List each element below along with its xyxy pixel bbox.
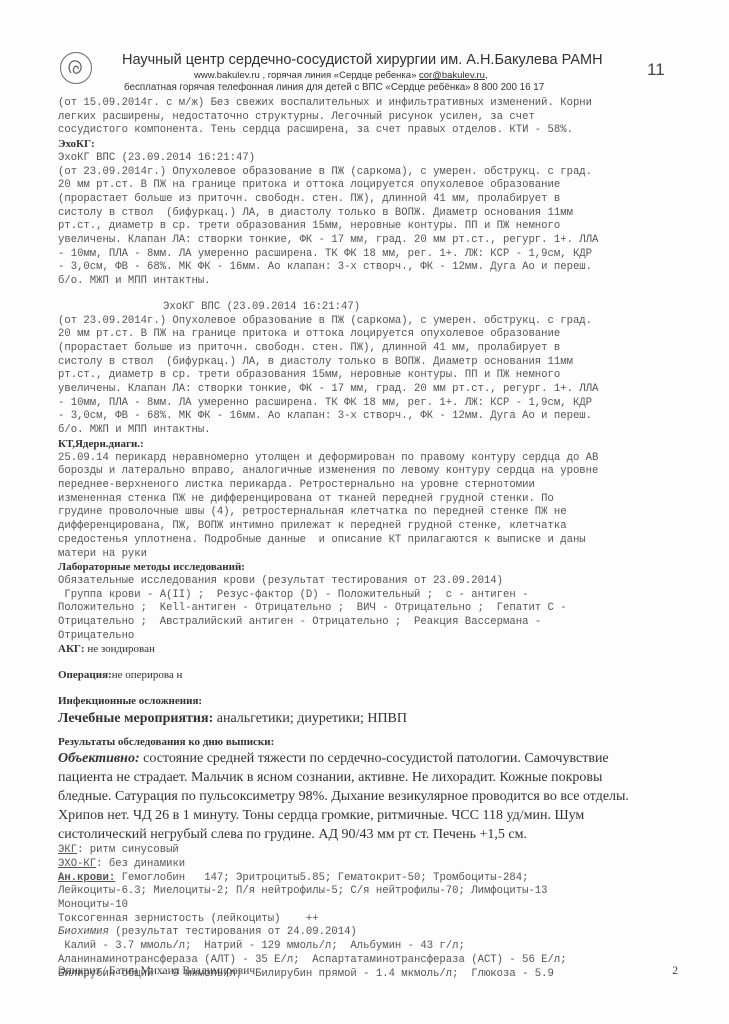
blood-line: Ан.крови: Гемоглобин 147; Эритроциты5.85… (58, 872, 708, 886)
letterhead: Научный центр сердечно-сосудистой хирург… (56, 48, 676, 98)
objective-text: состояние средней тяжести по сердечно-со… (140, 751, 609, 766)
text-line: переднее-верхненого листка перикарда. Ре… (58, 479, 708, 493)
text-line: Обязательные исследования крови (результ… (58, 575, 708, 589)
contact-line: www.bakulev.ru , горячая линия «Сердце р… (194, 70, 488, 81)
text-line: - 3,0см, ФВ - 68%. МК ФК - 16мм. Ао клап… (58, 410, 708, 424)
text-line: систолу в ствол (бифуркац.) ЛА, в диасто… (58, 356, 708, 370)
website-hotline-text: www.bakulev.ru , горячая линия «Сердце р… (194, 70, 419, 81)
treatment-label: Лечебные мероприятия: (58, 711, 213, 726)
text-line: Объективно: состояние средней тяжести по… (58, 749, 708, 768)
entry-title: ЭхоКГ ВПС (23.09.2014 16:21:47) (58, 301, 708, 315)
text-line: Положительно ; Kell-антиген - Отрицатель… (58, 602, 708, 616)
ekg-value: : ритм синусовый (77, 844, 179, 856)
lab-section: Лабораторные методы исследований: Обязат… (58, 561, 708, 643)
text-line: Моноциты-10 (58, 899, 708, 913)
text-line: рт.ст., диаметр в ср. трети образования … (58, 369, 708, 383)
text-line: средостенья уплотнена. Подробные данные … (58, 534, 708, 548)
text-line: - 10мм, ПЛА - 8мм. ЛА умеренно расширена… (58, 397, 708, 411)
text-line: Группа крови - A(II) ; Резус-фактор (D) … (58, 589, 708, 603)
treatment-value: анальгетики; диуретики; НПВП (213, 711, 407, 726)
text-line: - 10мм, ПЛА - 8мм. ЛА умеренно расширена… (58, 248, 708, 262)
text-line: увеличены. Клапан ЛА: створки тонкие, ФК… (58, 234, 708, 248)
document-page: Научный центр сердечно-сосудистой хирург… (0, 0, 729, 1024)
text-line: (прорастает больше из приточн. свободн. … (58, 193, 708, 207)
section-heading: ЭхоКГ: (58, 138, 708, 152)
text-line: 20 мм рт.ст. В ПЖ на границе притока и о… (58, 328, 708, 342)
text-line: Токсогенная зернистость (лейкоциты) ++ (58, 913, 708, 927)
section-heading: Результаты обследования ко дню выписки: (58, 736, 708, 750)
text-line: дифференцирована, ПЖ, ВОПЖ интимно приле… (58, 520, 708, 534)
heart-in-hand-emblem-icon (60, 52, 92, 84)
operation-label: Операция: (58, 669, 112, 681)
echo-line: ЭХО-КГ: без динамики (58, 858, 708, 872)
page-number: 2 (672, 965, 678, 977)
akg-line: АКГ: не зондирован (58, 643, 708, 657)
institution-title: Научный центр сердечно-сосудистой хирург… (122, 52, 603, 68)
contact-line-suffix: , (485, 70, 488, 81)
text-line: б/о. МЖП и МПП интактны. (58, 424, 708, 438)
treatment-line: Лечебные мероприятия: анальгетики; диуре… (58, 709, 708, 728)
text-line: 20 мм рт.ст. В ПЖ на границе притока и о… (58, 179, 708, 193)
blood-label: Ан.крови: (58, 872, 115, 884)
infections-heading: Инфекционные осложнения: (58, 695, 708, 709)
text-line: борозды и латерально вправо, аналогичные… (58, 465, 708, 479)
ekg-label: ЭКГ (58, 844, 77, 856)
discharge-section: Результаты обследования ко дню выписки: … (58, 736, 708, 982)
text-line: измененная стенка ПЖ не дифференцирована… (58, 493, 708, 507)
entry-title: ЭхоКГ ВПС (23.09.2014 16:21:47) (58, 152, 708, 166)
biochem-title: Биохимия (58, 926, 109, 938)
operation-line: Операция:не оперирова н (58, 669, 708, 683)
operation-value: не оперирова н (112, 669, 183, 681)
footer-text: Эпикриз / Батин Михаил Владимирович (58, 965, 255, 977)
text-line: бледные. Сатурация по пульсоксиметру 98%… (58, 787, 708, 806)
handwritten-page-number: 11 (647, 60, 665, 80)
text-line: Калий - 3.7 ммоль/л; Натрий - 129 ммоль/… (58, 940, 708, 954)
text-line: увеличены. Клапан ЛА: створки тонкие, ФК… (58, 383, 708, 397)
text-line: Отрицательно (58, 630, 708, 644)
text-line: (от 23.09.2014г.) Опухолевое образование… (58, 315, 708, 329)
biochem-title-line: Биохимия (результат тестирования от 24.0… (58, 926, 708, 940)
akg-value: не зондирован (85, 643, 155, 655)
text-line: сосудистого компонента. Тень сердца расш… (58, 124, 708, 138)
hotline-line: бесплатная горячая телефонная линия для … (124, 82, 544, 93)
document-body: (от 15.09.2014г. с м/ж) Без свежих воспа… (58, 97, 708, 981)
xray-section: (от 15.09.2014г. с м/ж) Без свежих воспа… (58, 97, 708, 138)
text-line: б/о. МЖП и МПП интактны. (58, 275, 708, 289)
text-line: Отрицательно ; Австралийский антиген - О… (58, 616, 708, 630)
ct-section: КТ,Ядерн.диаги.: 25.09.14 перикард нерав… (58, 438, 708, 561)
text-line: Лейкоциты-6.3; Миелоциты-2; П/я нейтрофи… (58, 885, 708, 899)
text-line: 25.09.14 перикард неравномерно утолщен и… (58, 452, 708, 466)
text-line: грудине проволочные швы (4), ретростерна… (58, 506, 708, 520)
text-line: систолу в ствол (бифуркац.) ЛА, в диасто… (58, 207, 708, 221)
text-line: систолический негрубый слева по грудине.… (58, 825, 708, 844)
objective-label: Объективно: (58, 751, 140, 766)
akg-label: АКГ: (58, 643, 85, 655)
email-link[interactable]: cor@bakulev.ru (419, 70, 485, 81)
text-line: (от 15.09.2014г. с м/ж) Без свежих воспа… (58, 97, 708, 111)
text-line: рт.ст., диаметр в ср. трети образования … (58, 220, 708, 234)
text-line: (прорастает больше из приточн. свободн. … (58, 342, 708, 356)
text-line: (от 23.09.2014г.) Опухолевое образование… (58, 166, 708, 180)
text-line: матери на руки (58, 548, 708, 562)
ekg-line: ЭКГ: ритм синусовый (58, 844, 708, 858)
echo-value: : без динамики (96, 858, 185, 870)
section-heading: Лабораторные методы исследований: (58, 561, 708, 575)
section-heading: КТ,Ядерн.диаги.: (58, 438, 708, 452)
page-footer: Эпикриз / Батин Михаил Владимирович 2 (58, 965, 678, 977)
text-line: Хрипов нет. ЧД 26 в 1 минуту. Тоны сердц… (58, 806, 708, 825)
text-line: легких расширены, недостаточно структурн… (58, 111, 708, 125)
text-line: - 3,0см, ФВ - 68%. МК ФК - 16мм. Ао клап… (58, 261, 708, 275)
blood-values: Гемоглобин 147; Эритроциты5.85; Гематокр… (115, 872, 528, 884)
echo-label: ЭХО-КГ (58, 858, 96, 870)
echo-section: ЭхоКГ: ЭхоКГ ВПС (23.09.2014 16:21:47) (… (58, 138, 708, 438)
biochem-date: (результат тестирования от 24.09.2014) (109, 926, 357, 938)
text-line: пациента не страдает. Мальчик в ясном со… (58, 768, 708, 787)
